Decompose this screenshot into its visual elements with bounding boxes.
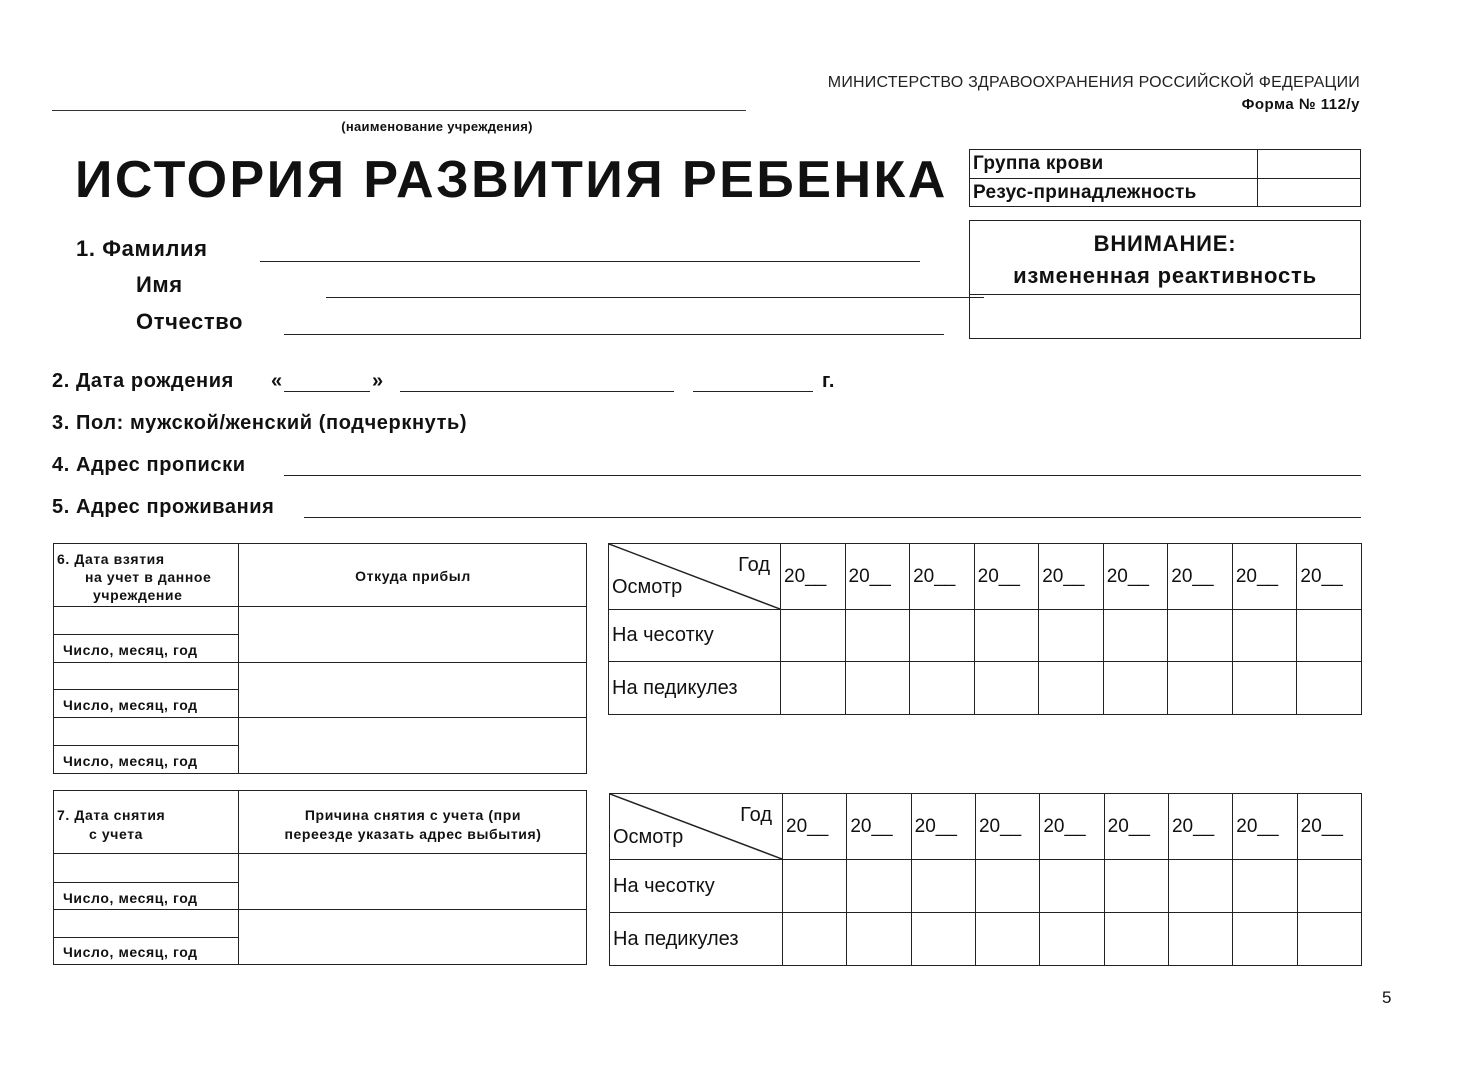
date-caption: Число, месяц, год [63, 697, 198, 713]
year-cell[interactable]: 20__ [1103, 544, 1168, 610]
exam-cell[interactable] [1233, 913, 1297, 966]
exam-cell[interactable] [1104, 860, 1168, 913]
row-divider [54, 937, 238, 938]
row-divider [54, 745, 238, 746]
row-divider [54, 634, 238, 635]
blood-group-label: Группа крови [973, 153, 1103, 175]
corner-exam-label: Осмотр [612, 576, 682, 599]
exam-cell[interactable] [911, 860, 975, 913]
exam-header-row: Год Осмотр 20__ 20__ 20__ 20__ 20__ 20__… [609, 544, 1362, 610]
attention-subtitle: измененная реактивность [970, 263, 1360, 289]
exam-cell[interactable] [845, 610, 910, 662]
lice-row: На педикулез [610, 913, 1362, 966]
exam-cell[interactable] [1039, 662, 1104, 715]
deregistration-table: 7. Дата снятияс учета Причина снятия с у… [53, 790, 587, 965]
year-cell[interactable]: 20__ [975, 794, 1039, 860]
exam-cell[interactable] [1168, 860, 1232, 913]
year-cell[interactable]: 20__ [1104, 794, 1168, 860]
exam-table-2: Год Осмотр 20__ 20__ 20__ 20__ 20__ 20__… [609, 793, 1362, 966]
deregistration-reason-field-1[interactable] [239, 854, 587, 909]
arrived-from-field-1[interactable] [239, 607, 587, 662]
deregistration-date-header: 7. Дата снятияс учета [57, 806, 237, 844]
year-cell[interactable]: 20__ [974, 544, 1039, 610]
year-cell[interactable]: 20__ [781, 544, 846, 610]
exam-cell[interactable] [1103, 610, 1168, 662]
scabies-label: На чесотку [609, 610, 781, 662]
registration-date-header: 6. Дата взятияна учет в данноеучреждение [57, 550, 237, 604]
exam-cell[interactable] [1297, 860, 1361, 913]
exam-cell[interactable] [1104, 913, 1168, 966]
lice-label: На педикулез [609, 662, 781, 715]
exam-corner-cell: Год Осмотр [609, 544, 781, 610]
year-suffix: г. [822, 370, 835, 393]
deregistration-reason-field-2[interactable] [239, 910, 587, 964]
deregistration-date-field-1[interactable] [54, 854, 238, 882]
sex-label: 3. Пол: мужской/женский (подчеркнуть) [52, 412, 467, 435]
registration-table: 6. Дата взятияна учет в данноеучреждение… [53, 543, 587, 774]
year-cell[interactable]: 20__ [1168, 794, 1232, 860]
corner-exam-label: Осмотр [613, 826, 683, 849]
rhesus-field[interactable] [1257, 179, 1363, 207]
year-cell[interactable]: 20__ [1232, 544, 1297, 610]
exam-header-row: Год Осмотр 20__ 20__ 20__ 20__ 20__ 20__… [610, 794, 1362, 860]
arrived-from-field-3[interactable] [239, 718, 587, 773]
exam-cell[interactable] [911, 913, 975, 966]
ministry-header: МИНИСТЕРСТВО ЗДРАВООХРАНЕНИЯ РОССИЙСКОЙ … [800, 74, 1360, 92]
first-name-label: Имя [136, 272, 183, 298]
birth-date-label: 2. Дата рождения [52, 370, 234, 393]
exam-cell[interactable] [975, 860, 1039, 913]
exam-cell[interactable] [974, 662, 1039, 715]
exam-cell[interactable] [1039, 610, 1104, 662]
rhesus-row: Резус-принадлежность [970, 179, 1360, 207]
year-cell[interactable]: 20__ [1040, 794, 1104, 860]
exam-corner-cell: Год Осмотр [610, 794, 783, 860]
exam-cell[interactable] [1103, 662, 1168, 715]
exam-cell[interactable] [781, 610, 846, 662]
exam-cell[interactable] [1297, 610, 1362, 662]
year-cell[interactable]: 20__ [911, 794, 975, 860]
corner-year-label: Год [738, 554, 770, 577]
year-cell[interactable]: 20__ [1297, 544, 1362, 610]
year-cell[interactable]: 20__ [845, 544, 910, 610]
corner-year-label: Год [740, 804, 772, 827]
lice-row: На педикулез [609, 662, 1362, 715]
attention-title: ВНИМАНИЕ: [970, 231, 1360, 257]
exam-cell[interactable] [847, 913, 911, 966]
scabies-row: На чесотку [610, 860, 1362, 913]
deregistration-reason-header: Причина снятия с учета (при переезде ука… [239, 806, 587, 844]
registration-date-header-text: 6. Дата взятияна учет в данноеучреждение [57, 550, 237, 604]
blood-box: Группа крови Резус-принадлежность [969, 149, 1361, 207]
page-title: ИСТОРИЯ РАЗВИТИЯ РЕБЕНКА [75, 150, 948, 210]
altered-reactivity-field[interactable] [969, 293, 1361, 338]
registration-address-label: 4. Адрес прописки [52, 454, 246, 477]
exam-cell[interactable] [783, 913, 847, 966]
patronymic-label: Отчество [136, 309, 243, 335]
year-cell[interactable]: 20__ [910, 544, 975, 610]
exam-cell[interactable] [1232, 610, 1297, 662]
institution-name-line[interactable] [52, 110, 746, 111]
residence-address-field[interactable] [304, 517, 1361, 518]
exam-cell[interactable] [1168, 913, 1232, 966]
exam-cell[interactable] [1297, 662, 1362, 715]
exam-cell[interactable] [781, 662, 846, 715]
birth-day-field[interactable] [284, 391, 370, 392]
exam-cell[interactable] [975, 913, 1039, 966]
exam-table-1: Год Осмотр 20__ 20__ 20__ 20__ 20__ 20__… [608, 543, 1362, 715]
registration-date-field-1[interactable] [54, 607, 238, 634]
row-divider [54, 689, 238, 690]
exam-cell[interactable] [1232, 662, 1297, 715]
arrived-from-field-2[interactable] [239, 663, 587, 717]
exam-cell[interactable] [1040, 860, 1104, 913]
exam-cell[interactable] [910, 610, 975, 662]
quote-close: » [372, 370, 384, 393]
exam-cell[interactable] [783, 860, 847, 913]
date-caption: Число, месяц, год [63, 753, 198, 769]
exam-cell[interactable] [974, 610, 1039, 662]
exam-cell[interactable] [1168, 610, 1233, 662]
quote-open: « [271, 370, 283, 393]
arrived-from-header: Откуда прибыл [239, 568, 587, 584]
deregistration-date-field-2[interactable] [54, 910, 238, 937]
institution-caption: (наименование учреждения) [52, 119, 822, 134]
exam-cell[interactable] [845, 662, 910, 715]
exam-cell[interactable] [910, 662, 975, 715]
year-cell[interactable]: 20__ [1233, 794, 1297, 860]
exam-cell[interactable] [847, 860, 911, 913]
patronymic-field[interactable] [284, 334, 944, 335]
residence-address-label: 5. Адрес проживания [52, 496, 274, 519]
scabies-label: На чесотку [610, 860, 783, 913]
date-caption: Число, месяц, год [63, 890, 198, 906]
blood-group-field[interactable] [1257, 150, 1363, 178]
registration-date-field-3[interactable] [54, 718, 238, 745]
exam-cell[interactable] [1297, 913, 1361, 966]
year-cell[interactable]: 20__ [1168, 544, 1233, 610]
exam-cell[interactable] [1233, 860, 1297, 913]
surname-field[interactable] [260, 261, 920, 262]
year-cell[interactable]: 20__ [1297, 794, 1361, 860]
birth-month-field[interactable] [400, 391, 674, 392]
year-cell[interactable]: 20__ [783, 794, 847, 860]
registration-date-field-2[interactable] [54, 663, 238, 689]
form-number: Форма № 112/у [1100, 96, 1360, 113]
year-cell[interactable]: 20__ [1039, 544, 1104, 610]
date-caption: Число, месяц, год [63, 642, 198, 658]
blood-group-row: Группа крови [970, 150, 1360, 179]
surname-label: 1. Фамилия [76, 236, 208, 262]
page-number: 5 [1382, 988, 1391, 1008]
registration-address-field[interactable] [284, 475, 1361, 476]
row-divider [54, 882, 238, 883]
first-name-field[interactable] [326, 297, 984, 298]
rhesus-label: Резус-принадлежность [973, 182, 1197, 204]
scabies-row: На чесотку [609, 610, 1362, 662]
birth-year-field[interactable] [693, 391, 813, 392]
year-cell[interactable]: 20__ [847, 794, 911, 860]
lice-label: На педикулез [610, 913, 783, 966]
exam-cell[interactable] [1168, 662, 1233, 715]
date-caption: Число, месяц, год [63, 944, 198, 960]
exam-cell[interactable] [1040, 913, 1104, 966]
